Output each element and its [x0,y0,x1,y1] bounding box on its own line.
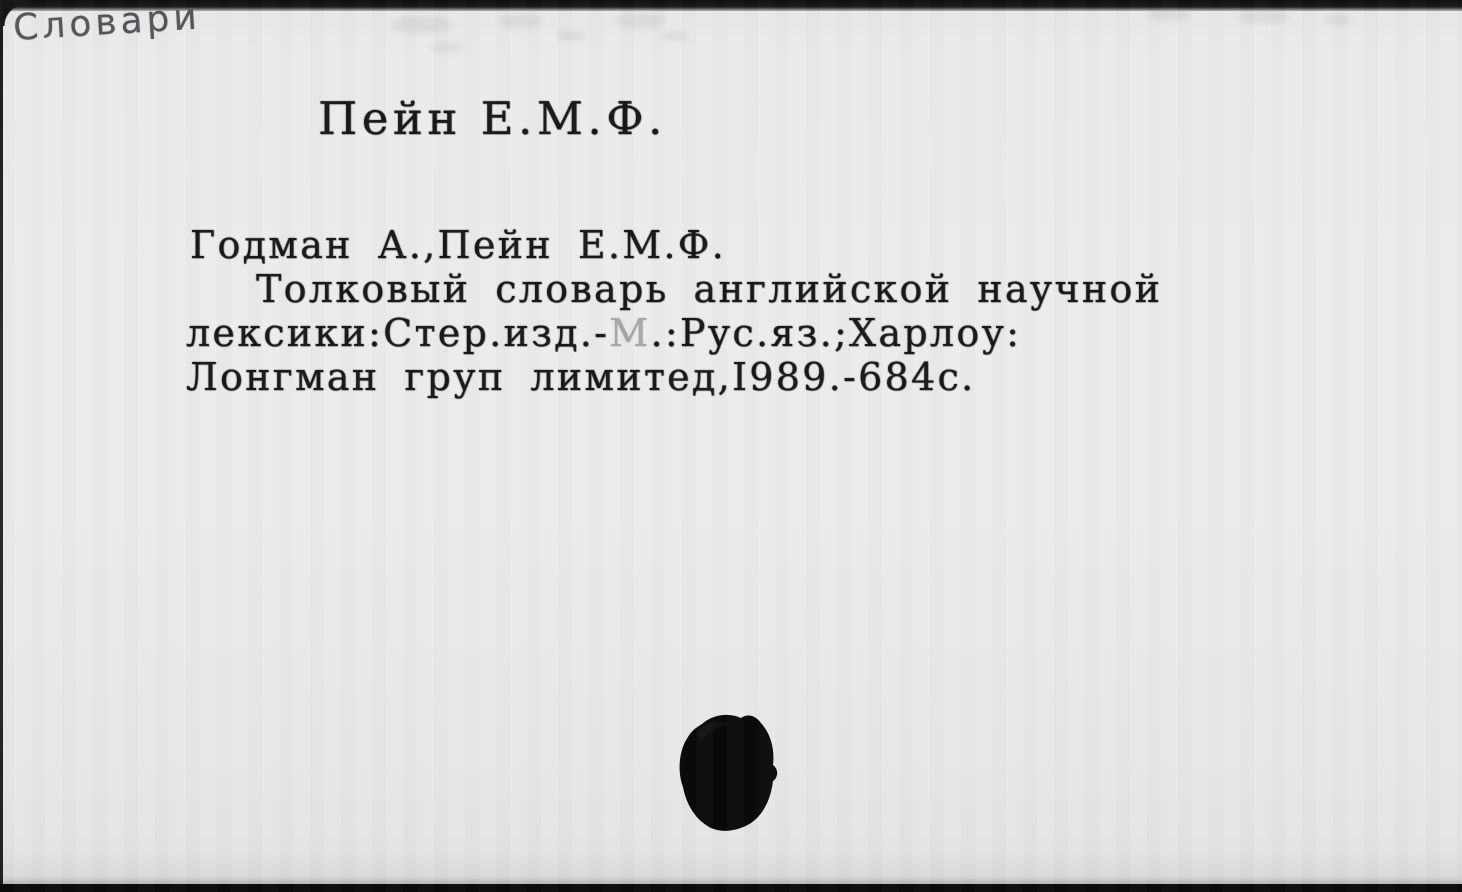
entry-publisher-line: Лонгман груп лимитед,I989.-684с. [186,355,975,399]
smudge-mark [1322,15,1352,25]
ink-blob [668,710,782,836]
entry-title-line: Толковый словарь английской научной [256,267,1162,311]
smudge-mark [430,42,464,53]
card-bottom-shading [0,850,1462,884]
smudge-mark [1238,11,1290,23]
entry-imprint-line: лексики:Стер.изд.-М.:Рус.яз.;Харлоу: [186,311,1021,355]
catalog-card-scan: Словари Пейн Е.М.Ф. Годман А.,Пейн Е.М.Ф… [0,0,1462,892]
smudge-mark [662,31,688,41]
entry-authors-line: Годман А.,Пейн Е.М.Ф. [190,223,726,267]
entry-imprint-faded-letter: М [609,311,650,355]
scan-edge-left [0,0,3,892]
smudge-mark [498,14,542,29]
author-heading: Пейн Е.М.Ф. [318,92,667,145]
scan-edge-bottom [0,884,1462,892]
entry-imprint-after: .:Рус.яз.;Харлоу: [650,311,1021,355]
smudge-mark [614,13,666,29]
entry-imprint-before: лексики:Стер.изд.- [186,311,609,355]
smudge-mark [556,30,588,41]
scan-edge-top [0,0,1462,11]
smudge-mark [1148,9,1190,21]
handwritten-category-label: Словари [12,0,202,49]
smudge-mark [390,16,454,34]
